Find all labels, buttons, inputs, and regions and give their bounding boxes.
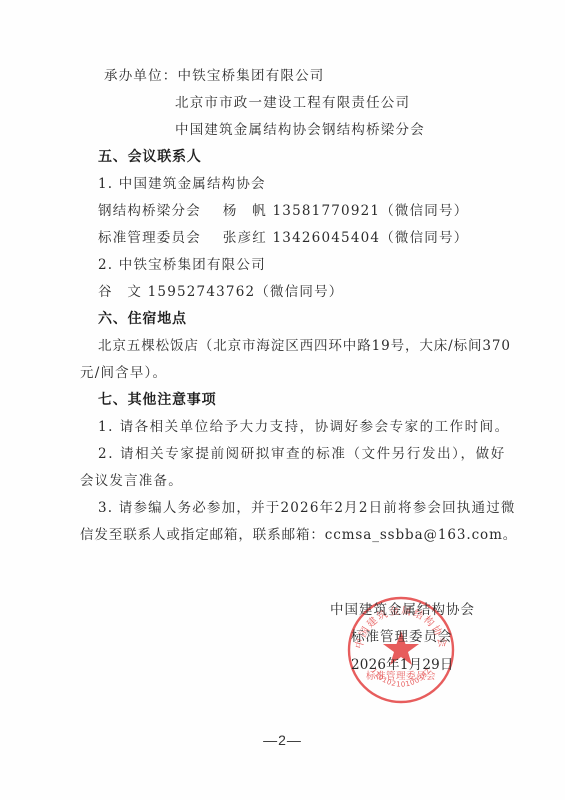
contact-name: 谷 文 xyxy=(98,284,142,300)
contact-row: 钢结构桥梁分会杨 帆 13581770921（微信同号） xyxy=(98,202,468,220)
accommodation-line-2: 元/间含早）。 xyxy=(80,364,167,382)
contact-group2-title: 2. 中铁宝桥集团有限公司 xyxy=(98,256,266,274)
section6-heading: 六、住宿地点 xyxy=(98,310,187,328)
organizer-3: 中国建筑金属结构协会钢结构桥梁分会 xyxy=(175,121,425,139)
contact-dept: 钢结构桥梁分会 xyxy=(98,203,201,219)
signature-committee: 标准管理委员会 xyxy=(351,628,453,646)
contact-phone: 13426045404 xyxy=(273,230,381,246)
notice-item-2-line-2: 会议发言准备。 xyxy=(80,472,183,490)
notice-item-1: 1. 请各相关单位给予大力支持，协调好参会专家的工作时间。 xyxy=(98,418,510,436)
contact-name: 张彦红 xyxy=(223,230,267,246)
contact-note: （微信同号） xyxy=(380,230,468,246)
contact-row: 谷 文 15952743762（微信同号） xyxy=(98,283,344,301)
contact-note: （微信同号） xyxy=(380,203,468,219)
section5-heading: 五、会议联系人 xyxy=(98,148,202,166)
contact-phone: 15952743762 xyxy=(148,284,256,300)
organizer-2: 北京市市政一建设工程有限责任公司 xyxy=(175,94,410,112)
contact-dept: 标准管理委员会 xyxy=(98,230,201,246)
notice-item-2-line-1: 2. 请相关专家提前阅研拟审查的标准（文件另行发出），做好 xyxy=(98,445,506,463)
contact-note: （微信同号） xyxy=(255,284,343,300)
signature-org: 中国建筑金属结构协会 xyxy=(330,601,475,619)
document-page: 承办单位：中铁宝桥集团有限公司 北京市市政一建设工程有限责任公司 中国建筑金属结… xyxy=(0,0,565,800)
notice-item-3-line-1: 3. 请参编人务必参加，并于2026年2月2日前将参会回执通过微 xyxy=(98,499,516,517)
organizers-row-1: 承办单位：中铁宝桥集团有限公司 xyxy=(104,67,325,85)
notice-item-3-line-2: 信发至联系人或指定邮箱，联系邮箱：ccmsa_ssbba@163.com。 xyxy=(80,526,517,544)
signature-date: 2026年1月29日 xyxy=(351,656,454,674)
contact-phone: 13581770921 xyxy=(273,203,381,219)
section7-heading: 七、其他注意事项 xyxy=(98,391,216,409)
organizers-label: 承办单位： xyxy=(104,68,178,84)
organizer-1: 中铁宝桥集团有限公司 xyxy=(178,68,325,84)
contact-name: 杨 帆 xyxy=(223,203,267,219)
contact-group1-title: 1. 中国建筑金属结构协会 xyxy=(98,175,266,193)
contact-row: 标准管理委员会张彦红 13426045404（微信同号） xyxy=(98,229,468,247)
accommodation-line-1: 北京五棵松饭店（北京市海淀区西四环中路19号，大床/标间370 xyxy=(98,337,511,355)
page-number: —2— xyxy=(0,732,565,748)
